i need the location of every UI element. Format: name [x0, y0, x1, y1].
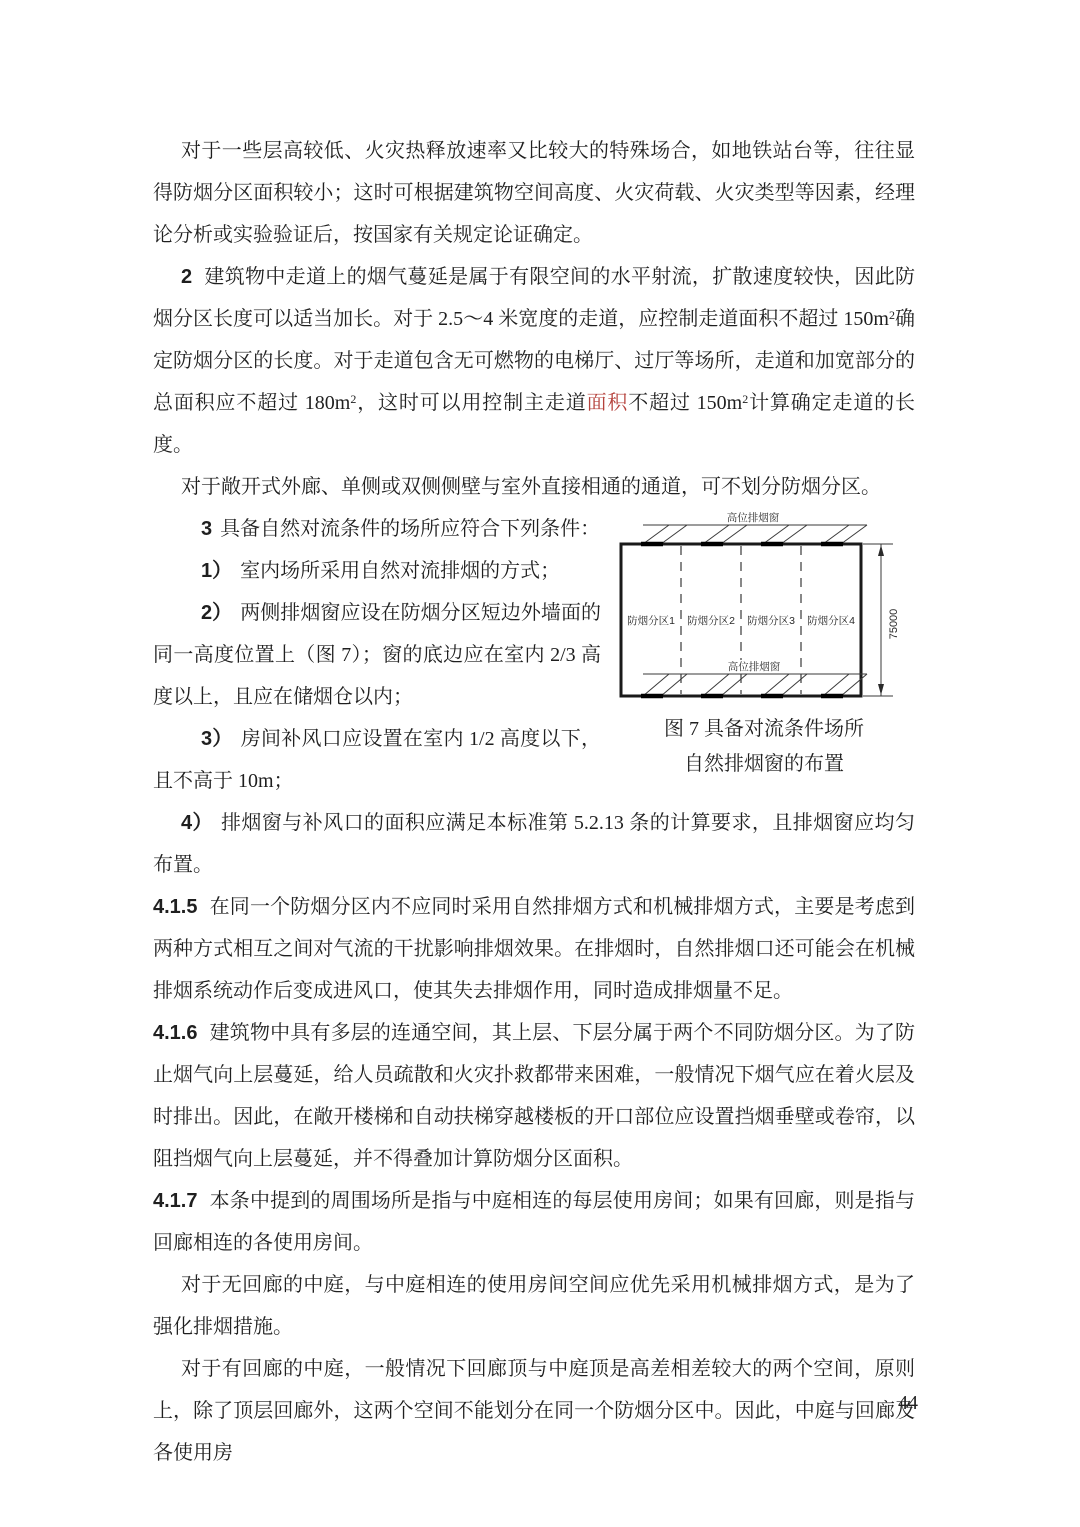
- section-4-1-6-text: 建筑物中具有多层的连通空间，其上层、下层分属于两个不同防烟分区。为了防止烟气向上…: [153, 1022, 915, 1170]
- section-4-1-6: 4.1.6建筑物中具有多层的连通空间，其上层、下层分属于两个不同防烟分区。为了防…: [153, 1012, 915, 1180]
- section-4-1-7-text: 本条中提到的周围场所是指与中庭相连的每层使用房间；如果有回廊，则是指与回廊相连的…: [153, 1190, 915, 1254]
- dimension-arrow-down: [878, 684, 884, 695]
- paragraph-atrium-with-corridor: 对于有回廊的中庭，一般情况下回廊顶与中庭顶是高差相差较大的两个空间，原则上，除了…: [153, 1348, 915, 1474]
- body-text: 对于一些层高较低、火灾热释放速率又比较大的特殊场合，如地铁站台等，往往显得防烟分…: [153, 130, 915, 1474]
- figure-caption-line1: 图 7 具备对流条件场所: [613, 712, 915, 747]
- list-item-2-number: 2）: [201, 602, 232, 624]
- paragraph-atrium-no-corridor: 对于无回廊的中庭，与中庭相连的使用房间空间应优先采用机械排烟方式，是为了强化排烟…: [153, 1264, 915, 1348]
- figure-7: 高位排烟窗: [613, 512, 915, 782]
- item2-text-a: 建筑物中走道上的烟气蔓延是属于有限空间的水平射流，扩散速度较快，因此防烟分区长度…: [153, 266, 915, 330]
- list-item-1-text: 室内场所采用自然对流排烟的方式；: [240, 560, 560, 582]
- paragraph-item2: 2建筑物中走道上的烟气蔓延是属于有限空间的水平射流，扩散速度较快，因此防烟分区长…: [153, 256, 915, 466]
- item2-text-d: 不超过 150m: [628, 392, 742, 414]
- figure-top-window-label: 高位排烟窗: [727, 512, 780, 524]
- list-item-4-number: 4）: [181, 812, 213, 834]
- list-item-4-text: 排烟窗与补风口的面积应满足本标准第 5.2.13 条的计算要求，且排烟窗应均匀布…: [153, 812, 915, 876]
- figure-bottom-window-label: 高位排烟窗: [728, 660, 781, 673]
- dimension-value: 75000: [888, 609, 900, 640]
- section-4-1-5-text: 在同一个防烟分区内不应同时采用自然排烟方式和机械排烟方式，主要是考虑到两种方式相…: [153, 896, 915, 1002]
- section-4-1-5: 4.1.5在同一个防烟分区内不应同时采用自然排烟方式和机械排烟方式，主要是考虑到…: [153, 886, 915, 1012]
- zone-label-4: 防烟分区4: [807, 614, 855, 627]
- item2-number: 2: [181, 266, 192, 288]
- highlighted-red-text: 面积: [587, 392, 629, 414]
- zone-label-2: 防烟分区2: [687, 614, 735, 627]
- item3-text: 具备自然对流条件的场所应符合下列条件：: [220, 518, 600, 540]
- list-item-4: 4）排烟窗与补风口的面积应满足本标准第 5.2.13 条的计算要求，且排烟窗应均…: [153, 802, 915, 886]
- list-item-3-number: 3）: [201, 728, 233, 750]
- list-item-1-number: 1）: [201, 560, 232, 582]
- page-number: 44: [898, 1392, 918, 1415]
- figure-7-diagram: 高位排烟窗: [613, 512, 915, 712]
- paragraph-intro: 对于一些层高较低、火灾热释放速率又比较大的特殊场合，如地铁站台等，往往显得防烟分…: [153, 130, 915, 256]
- section-4-1-7: 4.1.7本条中提到的周围场所是指与中庭相连的每层使用房间；如果有回廊，则是指与…: [153, 1180, 915, 1264]
- dimension-arrow-up: [878, 545, 884, 556]
- section-4-1-7-number: 4.1.7: [153, 1190, 197, 1212]
- paragraph-open-corridor: 对于敞开式外廊、单侧或双侧侧壁与室外直接相通的通道，可不划分防烟分区。: [153, 466, 915, 508]
- item3-number: 3: [201, 518, 212, 540]
- item2-text-c: ，这时可以用控制主走道: [356, 392, 586, 414]
- figure-caption-line2: 自然排烟窗的布置: [613, 747, 915, 782]
- document-page: 对于一些层高较低、火灾热释放速率又比较大的特殊场合，如地铁站台等，往往显得防烟分…: [0, 0, 1080, 1527]
- zone-label-3: 防烟分区3: [747, 614, 795, 627]
- zone-label-1: 防烟分区1: [627, 614, 675, 627]
- section-4-1-5-number: 4.1.5: [153, 896, 197, 918]
- section-4-1-6-number: 4.1.6: [153, 1022, 197, 1044]
